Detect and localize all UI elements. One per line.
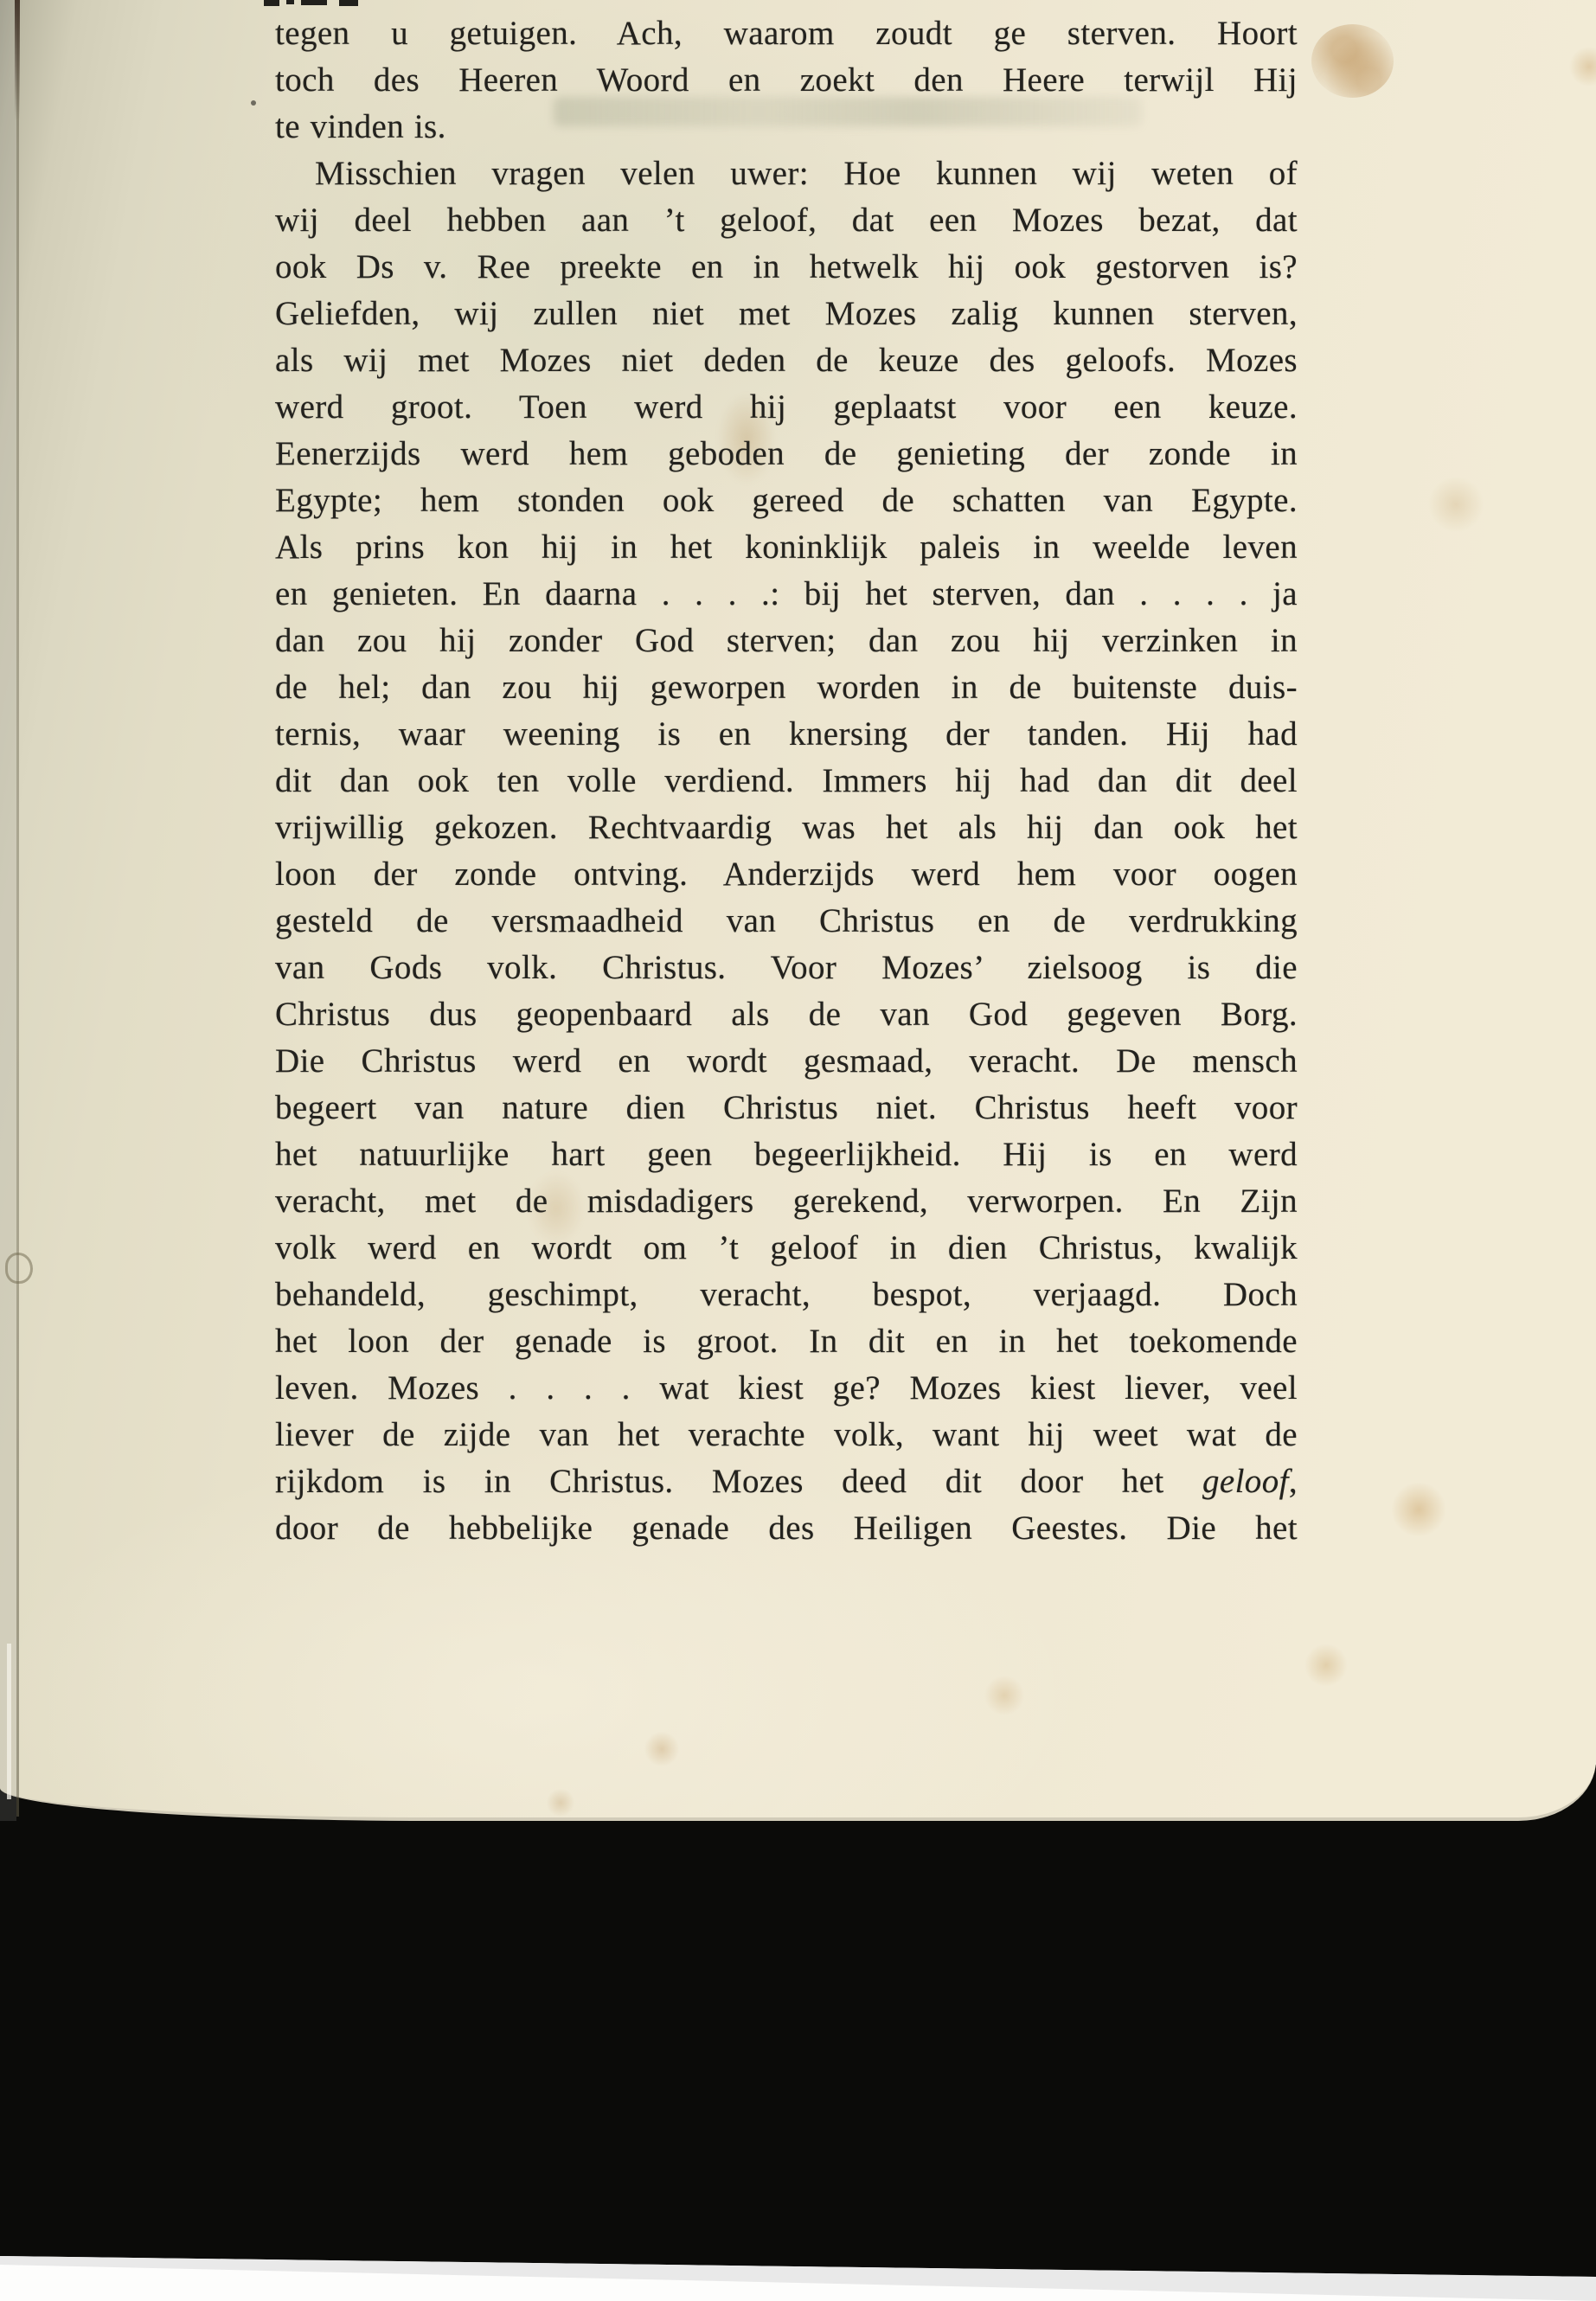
text-line: als wij met Mozes niet deden de keuze de…: [275, 337, 1298, 384]
text-line: begeert van nature dien Christus niet. C…: [275, 1085, 1298, 1131]
text-line: dan zou hij zonder God sterven; dan zou …: [275, 618, 1298, 664]
text-line: dit dan ook ten volle verdiend. Immers h…: [275, 758, 1298, 804]
text-line: de hel; dan zou hij geworpen worden in d…: [275, 664, 1298, 711]
crease-loop-mark: [5, 1253, 33, 1284]
scanner-background: [0, 1765, 1596, 2284]
foxing-spot: [1426, 474, 1486, 535]
text-line: behandeld, geschimpt, veracht, bespot, v…: [275, 1272, 1298, 1318]
cropped-previous-line: [264, 0, 279, 6]
text-line: en genieten. En daarna . . . .: bij het …: [275, 571, 1298, 618]
text-line: vrijwillig gekozen. Rechtvaardig was het…: [275, 804, 1298, 851]
text-line: ternis, waar weening is en knersing der …: [275, 711, 1298, 758]
foxing-spot: [1567, 45, 1596, 88]
page-text: tegen u getuigen. Ach, waarom zoudt ge s…: [275, 10, 1298, 1552]
text-line: Die Christus werd en wordt gesmaad, vera…: [275, 1038, 1298, 1085]
text-line: loon der zonde ontving. Anderzijds werd …: [275, 851, 1298, 898]
text-line: tegen u getuigen. Ach, waarom zoudt ge s…: [275, 10, 1298, 57]
text-line: Als prins kon hij in het koninklijk pale…: [275, 524, 1298, 571]
cropped-previous-line: [339, 0, 358, 6]
text-line: toch des Heeren Woord en zoekt den Heere…: [275, 57, 1298, 104]
ink-speck: [251, 100, 256, 106]
text-line: Geliefden, wij zullen niet met Mozes zal…: [275, 291, 1298, 337]
text-line: van Gods volk. Christus. Voor Mozes’ zie…: [275, 945, 1298, 991]
text-line: Eenerzijds werd hem geboden de genieting…: [275, 431, 1298, 478]
gutter-shading: [0, 0, 16, 1821]
text-line: volk werd en wordt om ’t geloof in dien …: [275, 1225, 1298, 1272]
text-line: veracht, met de misdadigers gerekend, ve…: [275, 1178, 1298, 1225]
text-line: Egypte; hem stonden ook gereed de schatt…: [275, 478, 1298, 524]
page-crease-line: [16, 0, 19, 1817]
foxing-spot: [982, 1674, 1027, 1717]
page-edge-highlight: [7, 1644, 11, 1799]
foxing-spot: [543, 1789, 578, 1817]
text-line: leven. Mozes . . . . wat kiest ge? Mozes…: [275, 1365, 1298, 1412]
text-line: werd groot. Toen werd hij geplaatst voor…: [275, 384, 1298, 431]
text-line: wij deel hebben aan ’t geloof, dat een M…: [275, 197, 1298, 244]
text-line: te vinden is.: [275, 104, 1298, 151]
cropped-previous-line: [286, 0, 294, 4]
text-line: liever de zijde van het verachte volk, w…: [275, 1412, 1298, 1458]
foxing-spot: [1302, 1642, 1350, 1689]
text-line: Christus dus geopenbaard als de van God …: [275, 991, 1298, 1038]
text-line: gesteld de versmaadheid van Christus en …: [275, 898, 1298, 945]
scanned-book-page: tegen u getuigen. Ach, waarom zoudt ge s…: [0, 0, 1596, 2301]
foxing-spot: [1311, 24, 1394, 98]
binding-mark: [15, 0, 20, 121]
text-line: door de hebbelijke genade des Heiligen G…: [275, 1505, 1298, 1552]
text-line: Misschien vragen velen uwer: Hoe kunnen …: [275, 151, 1298, 197]
text-line: ook Ds v. Ree preekte en in hetwelk hij …: [275, 244, 1298, 291]
foxing-spot: [642, 1730, 682, 1768]
text-line: het loon der genade is groot. In dit en …: [275, 1318, 1298, 1365]
text-line: het natuurlijke hart geen begeerlijkheid…: [275, 1131, 1298, 1178]
book-page: tegen u getuigen. Ach, waarom zoudt ge s…: [0, 0, 1596, 1821]
foxing-spot: [1388, 1481, 1449, 1538]
cropped-previous-line: [301, 0, 327, 5]
text-line: rijkdom is in Christus. Mozes deed dit d…: [275, 1458, 1298, 1505]
